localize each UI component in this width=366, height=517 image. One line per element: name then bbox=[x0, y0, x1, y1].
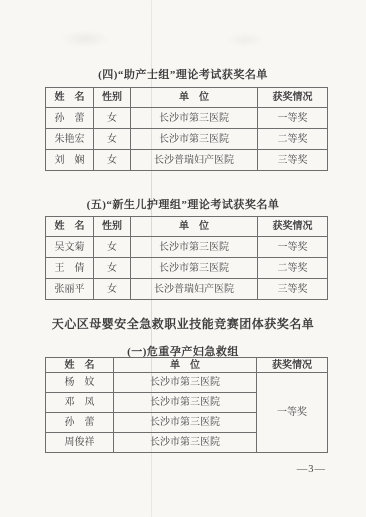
table-header-row: 姓 名 单 位 获奖情况 bbox=[46, 358, 328, 373]
scan-smudge bbox=[225, 32, 265, 48]
newborn-care-group-awards-table: 姓 名 性别 单 位 获奖情况 吴文菊 女 长沙市第三医院 一等奖 王 倩 女 … bbox=[45, 216, 328, 300]
col-header-gender: 性别 bbox=[94, 88, 131, 108]
name-cell: 朱艳宏 bbox=[46, 129, 94, 150]
scan-smudge bbox=[60, 30, 110, 48]
unit-cell: 长沙市第三医院 bbox=[114, 413, 257, 433]
unit-cell: 长沙市第三医院 bbox=[131, 237, 258, 258]
table-header-row: 姓 名 性别 单 位 获奖情况 bbox=[46, 217, 328, 237]
gender-cell: 女 bbox=[94, 258, 131, 279]
col-header-award: 获奖情况 bbox=[258, 217, 328, 237]
team-awards-title: 天心区母婴安全急救职业技能竞赛团体获奖名单 bbox=[0, 315, 366, 332]
name-cell: 孙 蕾 bbox=[46, 108, 94, 129]
unit-cell: 长沙市第三医院 bbox=[114, 393, 257, 413]
award-cell: 一等奖 bbox=[258, 108, 328, 129]
name-cell: 孙 蕾 bbox=[46, 413, 114, 433]
award-cell: 二等奖 bbox=[258, 129, 328, 150]
table-row: 王 倩 女 长沙市第三医院 二等奖 bbox=[46, 258, 328, 279]
col-header-unit: 单 位 bbox=[131, 88, 258, 108]
gender-cell: 女 bbox=[94, 108, 131, 129]
unit-cell: 长沙市第三医院 bbox=[114, 433, 257, 453]
col-header-unit: 单 位 bbox=[114, 358, 257, 373]
table-row: 张丽平 女 长沙普瑞妇产医院 三等奖 bbox=[46, 279, 328, 300]
name-cell: 邓 凤 bbox=[46, 393, 114, 413]
col-header-gender: 性别 bbox=[94, 217, 131, 237]
unit-cell: 长沙市第三医院 bbox=[114, 373, 257, 393]
unit-cell: 长沙市第三医院 bbox=[131, 108, 258, 129]
section5-heading: (五)“新生儿护理组”理论考试获奖名单 bbox=[0, 196, 366, 212]
gender-cell: 女 bbox=[94, 279, 131, 300]
unit-cell: 长沙市第三医院 bbox=[131, 129, 258, 150]
name-cell: 周俊祥 bbox=[46, 433, 114, 453]
col-header-award: 获奖情况 bbox=[258, 88, 328, 108]
critical-maternal-rescue-group-table: 姓 名 单 位 获奖情况 杨 妏 长沙市第三医院 一等奖 邓 凤 长沙市第三医院… bbox=[45, 357, 328, 453]
award-cell: 三等奖 bbox=[258, 150, 328, 171]
table-row: 杨 妏 长沙市第三医院 一等奖 bbox=[46, 373, 328, 393]
table-row: 刘 娴 女 长沙普瑞妇产医院 三等奖 bbox=[46, 150, 328, 171]
col-header-award: 获奖情况 bbox=[257, 358, 328, 373]
name-cell: 杨 妏 bbox=[46, 373, 114, 393]
col-header-name: 姓 名 bbox=[46, 358, 114, 373]
section4-heading: (四)“助产士组”理论考试获奖名单 bbox=[0, 66, 366, 82]
midwife-group-awards-table: 姓 名 性别 单 位 获奖情况 孙 蕾 女 长沙市第三医院 一等奖 朱艳宏 女 … bbox=[45, 87, 328, 171]
unit-cell: 长沙普瑞妇产医院 bbox=[131, 279, 258, 300]
unit-cell: 长沙市第三医院 bbox=[131, 258, 258, 279]
col-header-name: 姓 名 bbox=[46, 217, 94, 237]
unit-cell: 长沙普瑞妇产医院 bbox=[131, 150, 258, 171]
merged-award-cell: 一等奖 bbox=[257, 373, 328, 453]
name-cell: 吴文菊 bbox=[46, 237, 94, 258]
name-cell: 刘 娴 bbox=[46, 150, 94, 171]
table-header-row: 姓 名 性别 单 位 获奖情况 bbox=[46, 88, 328, 108]
col-header-name: 姓 名 bbox=[46, 88, 94, 108]
gender-cell: 女 bbox=[94, 150, 131, 171]
award-cell: 三等奖 bbox=[258, 279, 328, 300]
page-number: —3— bbox=[297, 464, 326, 475]
table-row: 吴文菊 女 长沙市第三医院 一等奖 bbox=[46, 237, 328, 258]
table-row: 朱艳宏 女 长沙市第三医院 二等奖 bbox=[46, 129, 328, 150]
scanned-document-page: (四)“助产士组”理论考试获奖名单 姓 名 性别 单 位 获奖情况 孙 蕾 女 … bbox=[0, 0, 366, 517]
gender-cell: 女 bbox=[94, 129, 131, 150]
award-cell: 一等奖 bbox=[258, 237, 328, 258]
name-cell: 王 倩 bbox=[46, 258, 94, 279]
award-cell: 二等奖 bbox=[258, 258, 328, 279]
name-cell: 张丽平 bbox=[46, 279, 94, 300]
gender-cell: 女 bbox=[94, 237, 131, 258]
col-header-unit: 单 位 bbox=[131, 217, 258, 237]
table-row: 孙 蕾 女 长沙市第三医院 一等奖 bbox=[46, 108, 328, 129]
